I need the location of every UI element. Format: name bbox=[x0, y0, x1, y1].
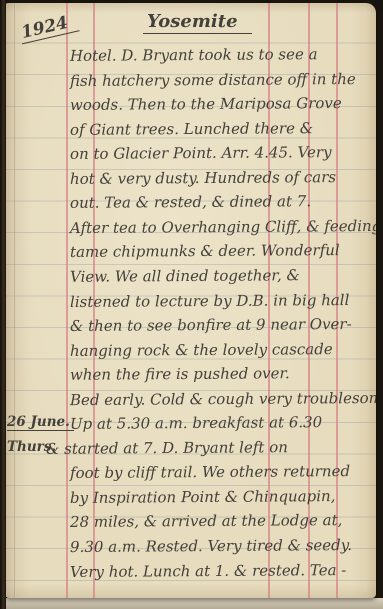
journal-line: by Inspiration Point & Chinquapin, bbox=[5, 488, 376, 512]
line-text: hot & very dusty. Hundreds of cars bbox=[70, 168, 336, 188]
journal-line: Thurs.& started at 7. D. Bryant left on bbox=[5, 439, 376, 463]
journal-line: tame chipmunks & deer. Wonderful bbox=[5, 242, 376, 266]
journal-line: hot & very dusty. Hundreds of cars bbox=[5, 169, 376, 193]
journal-line: 9.30 a.m. Rested. Very tired & seedy. bbox=[5, 537, 376, 561]
journal-line: 28 miles, & arrived at the Lodge at, bbox=[5, 512, 376, 536]
journal-line: After tea to Overhanging Cliff, & feedin… bbox=[5, 218, 376, 242]
line-text: woods. Then to the Mariposa Grove bbox=[70, 94, 342, 114]
line-text: listened to lecture by D.B. in big hall bbox=[70, 291, 349, 311]
journal-line: hanging rock & the lovely cascade bbox=[5, 341, 376, 365]
line-text: on to Glacier Point. Arr. 4.45. Very bbox=[70, 143, 332, 163]
journal-line: listened to lecture by D.B. in big hall bbox=[5, 292, 376, 316]
line-text: when the fire is pushed over. bbox=[70, 364, 290, 384]
journal-line: on to Glacier Point. Arr. 4.45. Very bbox=[5, 144, 376, 168]
line-text: 28 miles, & arrived at the Lodge at, bbox=[70, 511, 342, 531]
line-text: & then to see bonfire at 9 near Over- bbox=[70, 315, 352, 335]
journal-page: 1924 Yosemite Hotel. D. Bryant took us t… bbox=[5, 3, 376, 598]
line-text: Very hot. Lunch at 1. & rested. Tea - bbox=[70, 561, 346, 581]
page-title: Yosemite bbox=[143, 11, 252, 34]
margin-date: 26 June. bbox=[7, 414, 74, 431]
line-text: of Giant trees. Lunched there & bbox=[70, 119, 313, 139]
journal-line: fish hatchery some distance off in the bbox=[5, 71, 376, 95]
binding-edge bbox=[0, 0, 6, 609]
line-text: out. Tea & rested, & dined at 7. bbox=[70, 192, 311, 212]
line-text: tame chipmunks & deer. Wonderful bbox=[70, 241, 340, 261]
line-text: fish hatchery some distance off in the bbox=[70, 70, 356, 90]
line-text: View. We all dined together, & bbox=[70, 266, 300, 286]
journal-line: 26 June.Up at 5.30 a.m. breakfast at 6.3… bbox=[5, 414, 376, 438]
scan-background: 1924 Yosemite Hotel. D. Bryant took us t… bbox=[0, 0, 383, 609]
journal-line: foot by cliff trail. We others returned bbox=[5, 463, 376, 487]
journal-line: woods. Then to the Mariposa Grove bbox=[5, 95, 376, 119]
journal-line: Bed early. Cold & cough very troublesome bbox=[5, 390, 376, 414]
journal-line: out. Tea & rested, & dined at 7. bbox=[5, 193, 376, 217]
journal-line: & then to see bonfire at 9 near Over- bbox=[5, 316, 376, 340]
line-text: foot by cliff trail. We others returned bbox=[70, 462, 350, 482]
line-text: Up at 5.30 a.m. breakfast at 6.30 bbox=[70, 413, 322, 433]
line-text: Hotel. D. Bryant took us to see a bbox=[70, 45, 318, 65]
line-text: 9.30 a.m. Rested. Very tired & seedy. bbox=[70, 536, 352, 556]
journal-line: Hotel. D. Bryant took us to see a bbox=[5, 46, 376, 70]
journal-line: View. We all dined together, & bbox=[5, 267, 376, 291]
line-text: Bed early. Cold & cough very troublesome bbox=[70, 389, 376, 409]
line-text: hanging rock & the lovely cascade bbox=[70, 340, 333, 360]
line-text: & started at 7. D. Bryant left on bbox=[46, 438, 288, 458]
page-bottom-edge-shadow bbox=[0, 598, 383, 609]
journal-line: Very hot. Lunch at 1. & rested. Tea - bbox=[5, 562, 376, 586]
line-text: After tea to Overhanging Cliff, & feedin… bbox=[70, 217, 376, 237]
journal-line: of Giant trees. Lunched there & bbox=[5, 120, 376, 144]
line-text: by Inspiration Point & Chinquapin, bbox=[70, 487, 336, 507]
journal-line: when the fire is pushed over. bbox=[5, 365, 376, 389]
